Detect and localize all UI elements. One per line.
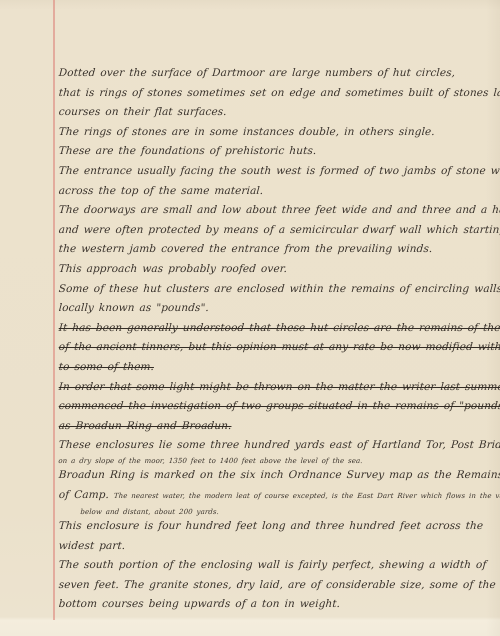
handwritten-text: Dotted over the surface of Dartmoor are … [58,67,455,79]
handwritten-text: The rings of stones are in some instance… [58,126,435,138]
manuscript-line: that is rings of stones sometimes set on… [58,84,491,104]
manuscript-page: Dotted over the surface of Dartmoor are … [0,0,500,636]
manuscript-line: widest part. [58,537,491,557]
manuscript-line: These enclosures lie some three hundred … [58,436,491,456]
manuscript-line: commenced the investigation of two group… [58,397,491,417]
manuscript-line: The rings of stones are in some instance… [58,123,491,143]
manuscript-line: Dotted over the surface of Dartmoor are … [58,64,491,84]
handwritten-text: Some of these hut clusters are enclosed … [58,283,500,295]
manuscript-line: on a dry slope of the moor, 1350 feet to… [58,456,491,467]
handwritten-text: that is rings of stones sometimes set on… [58,87,500,99]
manuscript-line: locally known as "pounds". [58,299,491,319]
manuscript-line: It has been generally understood that th… [58,319,491,339]
manuscript-line: of Camp. The nearest water, the modern l… [58,486,491,507]
manuscript-line: bottom courses being upwards of a ton in… [58,595,491,615]
handwritten-text: The doorways are small and low about thr… [58,204,500,216]
manuscript-line: This enclosure is four hundred feet long… [58,517,491,537]
handwritten-text: the western jamb covered the entrance fr… [58,243,432,255]
manuscript-line: The doorways are small and low about thr… [58,201,491,221]
margin-rule [53,0,55,620]
manuscript-line: courses on their flat surfaces. [58,103,491,123]
manuscript-text: Dotted over the surface of Dartmoor are … [58,64,490,615]
struck-text: to some of them. [58,361,154,373]
handwritten-text: widest part. [58,540,125,552]
manuscript-line: The south portion of the enclosing wall … [58,556,491,576]
handwritten-text: bottom courses being upwards of a ton in… [58,598,340,610]
struck-text: commenced the investigation of two group… [58,400,500,412]
manuscript-line: Some of these hut clusters are enclosed … [58,280,491,300]
handwritten-text: This enclosure is four hundred feet long… [58,520,483,532]
handwritten-text: The nearest water, the modern leat of co… [114,492,500,500]
handwritten-text: These enclosures lie some three hundred … [58,439,500,451]
manuscript-line: Broadun Ring is marked on the six inch O… [58,466,491,486]
handwritten-text: seven feet. The granite stones, dry laid… [58,579,496,591]
manuscript-line: of the ancient tinners, but this opinion… [58,338,491,358]
handwritten-text: of Camp. [58,489,114,501]
handwritten-text: This approach was probably roofed over. [58,263,287,275]
manuscript-line: as Broadun Ring and Broadun. [58,417,491,437]
handwritten-text: and were often protected by means of a s… [58,224,500,236]
manuscript-line: In order that some light might be thrown… [58,378,491,398]
handwritten-text: The south portion of the enclosing wall … [58,559,486,571]
handwritten-text: below and distant, about 200 yards. [80,508,219,516]
handwritten-text: courses on their flat surfaces. [58,106,227,118]
manuscript-line: and were often protected by means of a s… [58,221,491,241]
handwritten-text: The entrance usually facing the south we… [58,165,500,177]
struck-text: It has been generally understood that th… [58,322,500,334]
manuscript-line: The entrance usually facing the south we… [58,162,491,182]
struck-text: as Broadun Ring and Broadun. [58,420,232,432]
paper-edge-shading-top [0,0,500,10]
handwritten-text: These are the foundations of prehistoric… [58,145,316,157]
handwritten-text: Broadun Ring is marked on the six inch O… [58,469,500,481]
struck-text: of the ancient tinners, but this opinion… [58,341,500,353]
manuscript-line: This approach was probably roofed over. [58,260,491,280]
manuscript-line: across the top of the same material. [58,182,491,202]
handwritten-text: on a dry slope of the moor, 1350 feet to… [58,457,363,465]
manuscript-line: below and distant, about 200 yards. [58,507,491,518]
handwritten-text: locally known as "pounds". [58,302,209,314]
manuscript-line: the western jamb covered the entrance fr… [58,240,491,260]
manuscript-line: seven feet. The granite stones, dry laid… [58,576,491,596]
manuscript-line: to some of them. [58,358,491,378]
handwritten-text: across the top of the same material. [58,185,263,197]
struck-text: In order that some light might be thrown… [58,381,500,393]
manuscript-line: These are the foundations of prehistoric… [58,142,491,162]
